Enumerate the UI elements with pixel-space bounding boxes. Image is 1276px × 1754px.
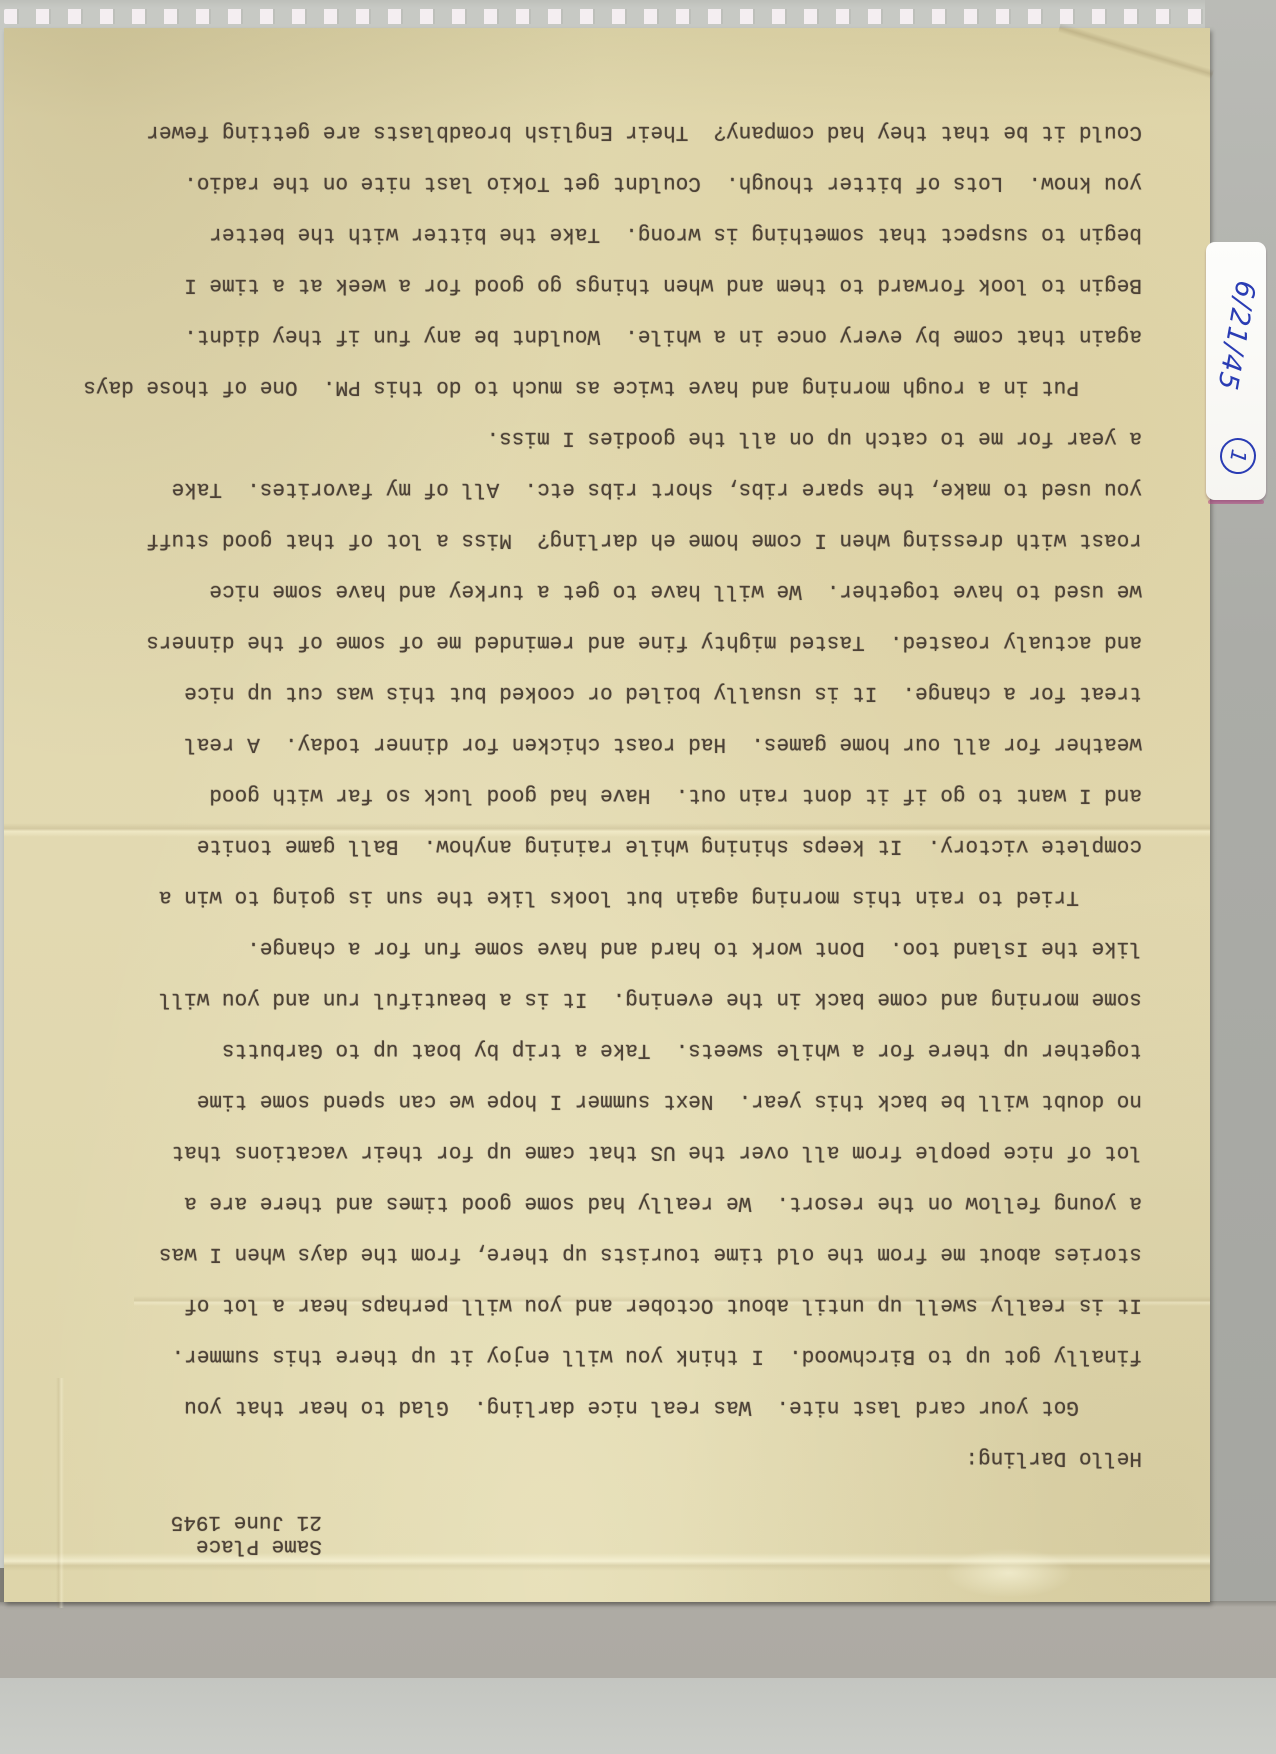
letter-line: roast with dressing when I come home eh … — [42, 514, 1142, 565]
letter-line: Put in a rough morning and have twice as… — [42, 361, 1142, 412]
letter-paper: Same Place21 June 1945 Hello Darling: Go… — [4, 28, 1210, 1602]
archive-label-number-circled: 1 — [1217, 435, 1259, 477]
letter-line: Tried to rain this morning again but loo… — [42, 871, 1142, 922]
backing-mat-bottom — [0, 1601, 1276, 1678]
letter-line: stories about me from the old time touri… — [42, 1228, 1142, 1279]
letter-text-upside-down: Same Place21 June 1945 Hello Darling: Go… — [42, 105, 1142, 1557]
letter-line: like the Island too. Dont work to hard a… — [42, 922, 1142, 973]
letter-line: Got your card last nite. Was real nice d… — [42, 1381, 1142, 1432]
letter-line: Could it be that they had company? Their… — [42, 106, 1142, 157]
scanned-letter-page: Same Place21 June 1945 Hello Darling: Go… — [0, 0, 1276, 1754]
scanner-background — [0, 1678, 1276, 1754]
sleeve-binding-strip — [0, 0, 1276, 30]
letter-line: Same Place — [42, 1533, 322, 1557]
letter-line: It is really swell up until about Octobe… — [42, 1279, 1142, 1330]
binder-perforations — [4, 9, 1276, 24]
letter-line: lot of nice people from all over the US … — [42, 1126, 1142, 1177]
letter-line: 21 June 1945 — [42, 1509, 322, 1533]
letter-line: you used to make, the spare ribs, short … — [42, 463, 1142, 514]
archive-label: 6/21/45 1 — [1206, 242, 1266, 500]
letter-line: some morning and come back in the evenin… — [42, 973, 1142, 1024]
letter-line: complete victory. It keeps shining while… — [42, 820, 1142, 871]
letter-line: we used to have together. We will have t… — [42, 565, 1142, 616]
corner-crease — [1058, 23, 1214, 79]
letter-line: weather for all our home games. Had roas… — [42, 718, 1142, 769]
archive-label-date: 6/21/45 — [1211, 276, 1262, 396]
letter-line: finally got up to Birchwood. I think you… — [42, 1330, 1142, 1381]
letter-line: and actualy roasted. Tasted mighty fine … — [42, 616, 1142, 667]
letter-line: no doubt will be back this year. Next su… — [42, 1075, 1142, 1126]
letter-line: together up there for a while sweets. Ta… — [42, 1024, 1142, 1075]
letter-line: treat for a change. It is usually boiled… — [42, 667, 1142, 718]
letter-line: again that come by every once in a while… — [42, 310, 1142, 361]
letter-line: a year for me to catch up on all the goo… — [42, 412, 1142, 463]
letter-line: Begin to look forward to them and when t… — [42, 259, 1142, 310]
letter-line: Hello Darling: — [42, 1432, 1142, 1483]
letter-line: a young fellow on the resort. We really … — [42, 1177, 1142, 1228]
letter-line: begin to suspect that something is wrong… — [42, 208, 1142, 259]
letter-line: and I want to go if it dont rain out. Ha… — [42, 769, 1142, 820]
letter-body: Hello Darling: Got your card last nite. … — [42, 106, 1142, 1483]
letter-line: you know. Lots of bitter though. Couldnt… — [42, 157, 1142, 208]
letter-heading: Same Place21 June 1945 — [42, 1509, 1142, 1557]
